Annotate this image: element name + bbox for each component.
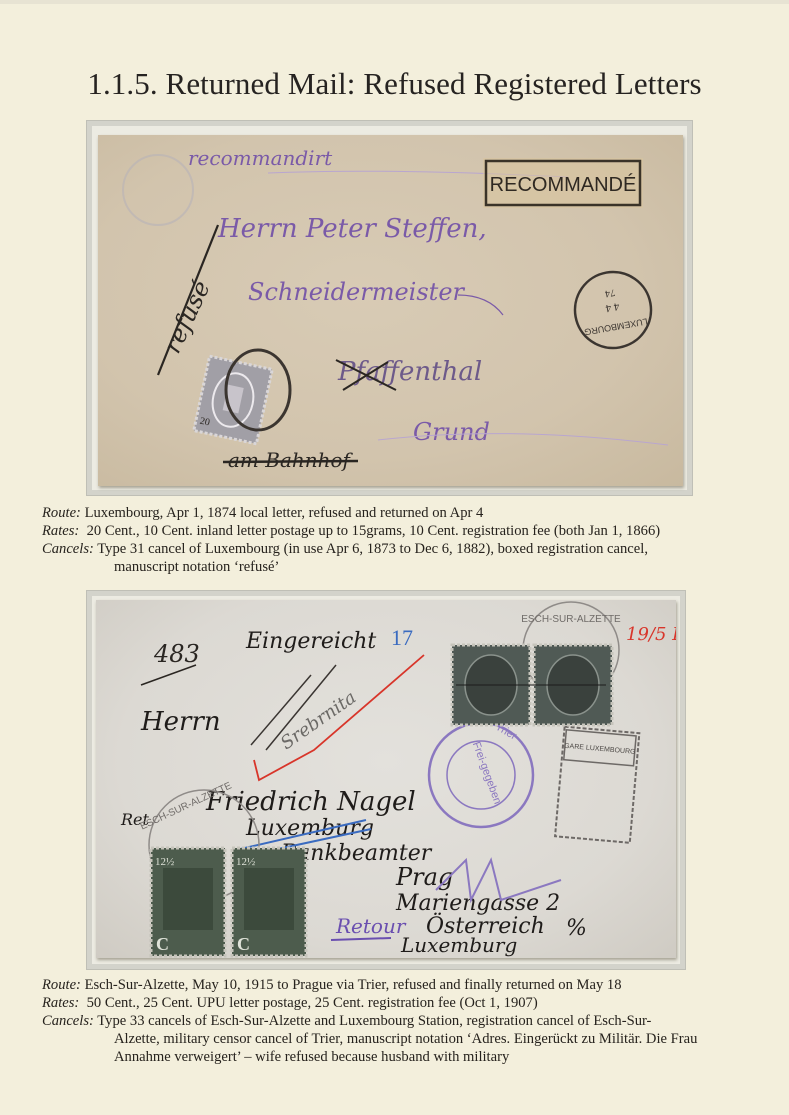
- manuscript-recommandirt: recommandirt: [188, 146, 333, 170]
- svg-text:C: C: [156, 934, 169, 954]
- number-note-483: 483: [153, 640, 200, 668]
- svg-text:GARE LUXEMBOURG: GARE LUXEMBOURG: [564, 743, 636, 756]
- cover-1915-image: ESCH-SUR-ALZETTE 483 Eingereicht 17 19/5…: [96, 600, 676, 958]
- final-luxemburg: Luxemburg: [400, 933, 517, 957]
- luxembourg-cds-right: LUXEMBOURG 4 4 74: [569, 266, 657, 354]
- stamp-pair-top: [452, 645, 612, 725]
- address-street: Mariengasse 2: [395, 891, 560, 916]
- svg-text:C: C: [237, 934, 250, 954]
- address-herrn: Herrn: [140, 707, 221, 737]
- blue-note: 17: [391, 625, 413, 650]
- cancels-text-1: Type 31 cancel of Luxembourg (in use Apr…: [97, 541, 648, 557]
- address-line-1: Herrn Peter Steffen,: [217, 214, 487, 244]
- route-text: Luxembourg, Apr 1, 1874 local letter, re…: [85, 505, 484, 521]
- page-title: 1.1.5. Returned Mail: Refused Registered…: [0, 66, 789, 102]
- registration-box-stamp: RECOMMANDÉ: [483, 158, 643, 208]
- svg-text:74: 74: [604, 286, 616, 299]
- note-eingereicht: Eingereicht: [245, 629, 376, 654]
- cover-1874-drawing: recommandirt RECOMMANDÉ Herrn Peter Stef…: [98, 135, 683, 486]
- cancels-label: Cancels:: [42, 1013, 94, 1029]
- svg-text:RECOMMANDÉ: RECOMMANDÉ: [490, 173, 637, 196]
- trier-censor-cancel: Frei-gegeben Trier: [429, 721, 533, 827]
- route-text: Esch-Sur-Alzette, May 10, 1915 to Prague…: [85, 977, 622, 993]
- cancels-text-1: Type 33 cancels of Esch-Sur-Alzette and …: [97, 1013, 651, 1029]
- luxembourg-gare-registration-box: GARE LUXEMBOURG: [555, 727, 639, 843]
- address-line-2: Schneidermeister: [248, 278, 466, 306]
- red-date-note: 19/5 L: [626, 624, 676, 645]
- svg-text:%: %: [566, 916, 587, 941]
- cancels-text-2: Alzette, military censor cancel of Trier…: [42, 1030, 742, 1048]
- page-top-edge: [0, 0, 789, 4]
- route-label: Route:: [42, 505, 81, 521]
- address-city-struck: Luxemburg: [245, 816, 374, 841]
- svg-text:ESCH-SUR-ALZETTE: ESCH-SUR-ALZETTE: [521, 614, 621, 625]
- address-line-4: Grund: [413, 418, 490, 446]
- route-label: Route:: [42, 977, 81, 993]
- svg-text:LUXEMBOURG: LUXEMBOURG: [584, 316, 649, 337]
- caption-cover-1874: Route: Luxembourg, Apr 1, 1874 local let…: [42, 504, 742, 576]
- stamp-pair-bottom: 12½ 12½ C C: [151, 848, 306, 956]
- retour-note: Retour: [335, 914, 407, 938]
- cancels-text-2: manuscript notation ‘refusé’: [42, 558, 742, 576]
- rates-label: Rates:: [42, 523, 79, 539]
- cover-1874-image: recommandirt RECOMMANDÉ Herrn Peter Stef…: [98, 135, 683, 486]
- rates-text: 50 Cent., 25 Cent. UPU letter postage, 2…: [87, 995, 538, 1011]
- svg-text:Frei-gegeben: Frei-gegeben: [470, 740, 504, 806]
- refuse-notation: refusé: [158, 225, 218, 375]
- svg-text:12½: 12½: [155, 856, 174, 868]
- svg-text:refusé: refusé: [158, 276, 216, 357]
- caption-cover-1915: Route: Esch-Sur-Alzette, May 10, 1915 to…: [42, 976, 742, 1066]
- cancels-label: Cancels:: [42, 541, 94, 557]
- address-prag: Prag: [395, 863, 453, 891]
- rates-label: Rates:: [42, 995, 79, 1011]
- svg-text:4 4: 4 4: [604, 300, 620, 314]
- cancels-text-3: Annahme verweigert’ – wife refused becau…: [42, 1048, 742, 1066]
- cover-1915-drawing: ESCH-SUR-ALZETTE 483 Eingereicht 17 19/5…: [96, 600, 676, 958]
- rates-text: 20 Cent., 10 Cent. inland letter postage…: [87, 523, 661, 539]
- svg-text:12½: 12½: [236, 856, 255, 868]
- address-name: Friedrich Nagel: [205, 787, 416, 817]
